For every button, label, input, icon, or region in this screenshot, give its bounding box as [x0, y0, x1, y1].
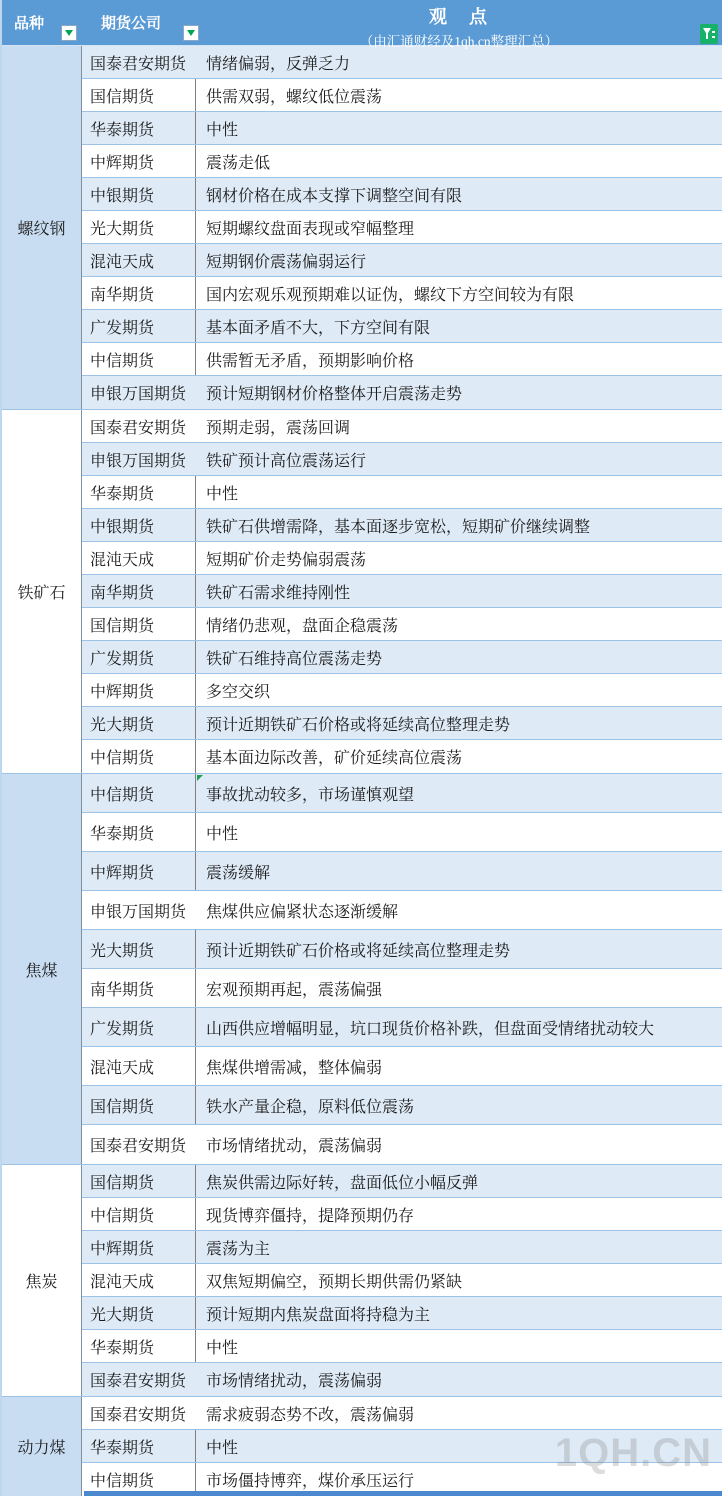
company-cell: 混沌天成: [82, 1264, 196, 1296]
view-cell: 预计短期内焦炭盘面将持稳为主: [196, 1297, 722, 1329]
table-row: 国泰君安期货 情绪偏弱，反弹乏力: [82, 46, 722, 79]
group-rows: 国泰君安期货 预期走弱，震荡回调 申银万国期货 铁矿预计高位震荡运行 华泰期货 …: [82, 410, 722, 773]
filter-funnel-icon[interactable]: [700, 24, 718, 44]
company-label: 国泰君安期货: [90, 415, 186, 438]
table-row: 混沌天成 焦煤供增需减，整体偏弱: [82, 1047, 722, 1086]
company-label: 南华期货: [90, 580, 154, 603]
company-label: 华泰期货: [90, 117, 154, 140]
company-label: 申银万国期货: [90, 448, 186, 471]
view-column-header: 观 点 （由汇通财经及1qh.cn整理汇总）: [196, 0, 722, 50]
view-label: 预计短期钢材价格整体开启震荡走势: [206, 381, 462, 404]
view-label: 中性: [206, 1335, 238, 1358]
company-label: 南华期货: [90, 282, 154, 305]
company-cell: 国信期货: [82, 608, 196, 640]
view-cell: 基本面边际改善，矿价延续高位震荡: [196, 740, 722, 773]
view-cell: 铁水产量企稳，原料低位震荡: [196, 1086, 722, 1124]
company-label: 光大期货: [90, 1302, 154, 1325]
variety-group: 铁矿石 国泰君安期货 预期走弱，震荡回调 申银万国期货 铁矿预计高位震荡运行 华…: [2, 410, 722, 774]
view-label: 铁矿石需求维持刚性: [206, 580, 350, 603]
view-cell: 震荡走低: [196, 145, 722, 177]
view-label: 预计近期铁矿石价格或将延续高位整理走势: [206, 712, 510, 735]
view-cell: 需求疲弱态势不改，震荡偏弱: [196, 1397, 722, 1429]
view-label: 预期走弱，震荡回调: [206, 415, 350, 438]
company-cell: 国泰君安期货: [82, 1397, 196, 1429]
company-label: 中信期货: [90, 348, 154, 371]
view-label: 供需暂无矛盾，预期影响价格: [206, 348, 414, 371]
view-cell: 山西供应增幅明显，坑口现货价格补跌，但盘面受情绪扰动较大: [196, 1008, 722, 1046]
company-label: 中辉期货: [90, 679, 154, 702]
view-label: 预计短期内焦炭盘面将持稳为主: [206, 1302, 430, 1325]
dropdown-triangle-icon: [187, 30, 195, 36]
company-label: 中信期货: [90, 745, 154, 768]
view-cell: 市场情绪扰动，震荡偏弱: [196, 1363, 722, 1396]
company-label: 国信期货: [90, 613, 154, 636]
view-cell: 短期矿价走势偏弱震荡: [196, 542, 722, 574]
futures-opinion-table: 品种 期货公司 观 点 （由汇通财经及1qh.cn整理汇总） 螺纹钢 国泰君安期…: [0, 0, 722, 1496]
view-label: 震荡走低: [206, 150, 270, 173]
view-label: 铁矿石维持高位震荡走势: [206, 646, 382, 669]
table-row: 申银万国期货 焦煤供应偏紧状态逐渐缓解: [82, 891, 722, 930]
company-cell: 中信期货: [82, 343, 196, 375]
group-rows: 国泰君安期货 情绪偏弱，反弹乏力 国信期货 供需双弱，螺纹低位震荡 华泰期货 中…: [82, 46, 722, 409]
view-cell: 预期走弱，震荡回调: [196, 410, 722, 442]
table-row: 光大期货 预计短期内焦炭盘面将持稳为主: [82, 1297, 722, 1330]
table-row: 中银期货 铁矿石供增需降，基本面逐步宽松，短期矿价继续调整: [82, 509, 722, 542]
company-cell: 国泰君安期货: [82, 1125, 196, 1164]
view-label: 铁矿预计高位震荡运行: [206, 448, 366, 471]
variety-cell: 焦煤: [2, 774, 82, 1164]
view-label: 多空交织: [206, 679, 270, 702]
view-cell: 预计近期铁矿石价格或将延续高位整理走势: [196, 930, 722, 968]
company-cell: 光大期货: [82, 930, 196, 968]
table-row: 南华期货 宏观预期再起，震荡偏强: [82, 969, 722, 1008]
table-row: 中信期货 现货博弈僵持，提降预期仍存: [82, 1198, 722, 1231]
company-cell: 中辉期货: [82, 1231, 196, 1263]
company-cell: 申银万国期货: [82, 443, 196, 475]
table-row: 华泰期货 中性: [82, 813, 722, 852]
table-row: 国信期货 供需双弱，螺纹低位震荡: [82, 79, 722, 112]
company-cell: 混沌天成: [82, 1047, 196, 1085]
company-label: 中信期货: [90, 782, 154, 805]
view-cell: 中性: [196, 813, 722, 851]
company-label: 国泰君安期货: [90, 1133, 186, 1156]
view-label: 铁水产量企稳，原料低位震荡: [206, 1094, 414, 1117]
group-rows: 中信期货 事故扰动较多，市场谨慎观望 华泰期货 中性 中辉期货 震荡缓解 申银万…: [82, 774, 722, 1164]
table-row: 广发期货 基本面矛盾不大，下方空间有限: [82, 310, 722, 343]
view-cell: 宏观预期再起，震荡偏强: [196, 969, 722, 1007]
variety-group: 螺纹钢 国泰君安期货 情绪偏弱，反弹乏力 国信期货 供需双弱，螺纹低位震荡 华泰…: [2, 46, 722, 410]
group-rows: 国信期货 焦炭供需边际好转，盘面低位小幅反弹 中信期货 现货博弈僵持，提降预期仍…: [82, 1165, 722, 1396]
table-row: 中信期货 事故扰动较多，市场谨慎观望: [82, 774, 722, 813]
table-row: 国泰君安期货 市场情绪扰动，震荡偏弱: [82, 1363, 722, 1396]
view-label: 预计近期铁矿石价格或将延续高位整理走势: [206, 938, 510, 961]
view-label: 钢材价格在成本支撑下调整空间有限: [206, 183, 462, 206]
view-cell: 双焦短期偏空，预期长期供需仍紧缺: [196, 1264, 722, 1296]
company-cell: 国泰君安期货: [82, 46, 196, 78]
table-row: 申银万国期货 铁矿预计高位震荡运行: [82, 443, 722, 476]
view-cell: 预计近期铁矿石价格或将延续高位整理走势: [196, 707, 722, 739]
view-cell: 中性: [196, 112, 722, 144]
view-cell: 多空交织: [196, 674, 722, 706]
company-cell: 国信期货: [82, 1165, 196, 1197]
table-row: 广发期货 山西供应增幅明显，坑口现货价格补跌，但盘面受情绪扰动较大: [82, 1008, 722, 1047]
view-label: 基本面边际改善，矿价延续高位震荡: [206, 745, 462, 768]
view-label: 市场情绪扰动，震荡偏弱: [206, 1368, 382, 1391]
view-label: 基本面矛盾不大，下方空间有限: [206, 315, 430, 338]
company-label: 中辉期货: [90, 860, 154, 883]
table-row: 国信期货 焦炭供需边际好转，盘面低位小幅反弹: [82, 1165, 722, 1198]
view-label: 中性: [206, 1435, 238, 1458]
view-header-title: 观 点: [196, 3, 722, 29]
view-cell: 预计短期钢材价格整体开启震荡走势: [196, 376, 722, 409]
table-row: 光大期货 短期螺纹盘面表现或窄幅整理: [82, 211, 722, 244]
company-cell: 光大期货: [82, 707, 196, 739]
company-label: 光大期货: [90, 712, 154, 735]
table-row: 光大期货 预计近期铁矿石价格或将延续高位整理走势: [82, 930, 722, 969]
table-row: 中银期货 钢材价格在成本支撑下调整空间有限: [82, 178, 722, 211]
view-label: 短期矿价走势偏弱震荡: [206, 547, 366, 570]
company-label: 混沌天成: [90, 547, 154, 570]
company-label: 广发期货: [90, 1016, 154, 1039]
view-cell: 震荡缓解: [196, 852, 722, 890]
company-cell: 南华期货: [82, 575, 196, 607]
company-cell: 中辉期货: [82, 674, 196, 706]
view-label: 供需双弱，螺纹低位震荡: [206, 84, 382, 107]
view-cell: 铁矿石需求维持刚性: [196, 575, 722, 607]
company-label: 光大期货: [90, 216, 154, 239]
company-cell: 国泰君安期货: [82, 410, 196, 442]
table-row: 华泰期货 中性: [82, 476, 722, 509]
company-cell: 南华期货: [82, 969, 196, 1007]
company-label: 中辉期货: [90, 1236, 154, 1259]
view-cell: 焦煤供增需减，整体偏弱: [196, 1047, 722, 1085]
table-row: 中辉期货 震荡走低: [82, 145, 722, 178]
view-cell: 中性: [196, 476, 722, 508]
view-label: 国内宏观乐观预期难以证伪，螺纹下方空间较为有限: [206, 282, 574, 305]
view-cell: 短期螺纹盘面表现或窄幅整理: [196, 211, 722, 243]
view-label: 情绪仍悲观，盘面企稳震荡: [206, 613, 398, 636]
company-cell: 中信期货: [82, 740, 196, 773]
company-column-header: 期货公司: [101, 12, 161, 33]
table-row: 华泰期货 中性: [82, 112, 722, 145]
view-cell: 现货博弈僵持，提降预期仍存: [196, 1198, 722, 1230]
funnel-glyph: [702, 27, 716, 41]
table-body: 螺纹钢 国泰君安期货 情绪偏弱，反弹乏力 国信期货 供需双弱，螺纹低位震荡 华泰…: [2, 46, 722, 1496]
variety-label: 螺纹钢: [17, 216, 65, 239]
variety-cell: 动力煤: [2, 1397, 82, 1496]
company-label: 申银万国期货: [90, 381, 186, 404]
company-label: 中银期货: [90, 514, 154, 537]
company-cell: 国泰君安期货: [82, 1363, 196, 1396]
variety-label: 动力煤: [17, 1435, 65, 1458]
view-cell: 供需双弱，螺纹低位震荡: [196, 79, 722, 111]
table-row: 混沌天成 短期矿价走势偏弱震荡: [82, 542, 722, 575]
table-row: 国泰君安期货 预期走弱，震荡回调: [82, 410, 722, 443]
view-cell: 铁矿预计高位震荡运行: [196, 443, 722, 475]
company-cell: 国信期货: [82, 1086, 196, 1124]
company-cell: 华泰期货: [82, 813, 196, 851]
company-cell: 广发期货: [82, 310, 196, 342]
company-cell: 华泰期货: [82, 476, 196, 508]
table-row: 南华期货 国内宏观乐观预期难以证伪，螺纹下方空间较为有限: [82, 277, 722, 310]
company-label: 混沌天成: [90, 1269, 154, 1292]
company-cell: 混沌天成: [82, 244, 196, 276]
dropdown-triangle-icon: [65, 30, 73, 36]
view-label: 中性: [206, 117, 238, 140]
view-label: 宏观预期再起，震荡偏强: [206, 977, 382, 1000]
company-label: 广发期货: [90, 646, 154, 669]
table-row: 国信期货 情绪仍悲观，盘面企稳震荡: [82, 608, 722, 641]
view-cell: 短期钢价震荡偏弱运行: [196, 244, 722, 276]
table-row: 南华期货 铁矿石需求维持刚性: [82, 575, 722, 608]
view-cell: 情绪偏弱，反弹乏力: [196, 46, 722, 78]
view-cell: 焦煤供应偏紧状态逐渐缓解: [196, 891, 722, 929]
company-label: 华泰期货: [90, 481, 154, 504]
variety-label: 焦煤: [25, 958, 57, 981]
view-label: 中性: [206, 821, 238, 844]
company-cell: 中银期货: [82, 509, 196, 541]
table-row: 申银万国期货 预计短期钢材价格整体开启震荡走势: [82, 376, 722, 409]
view-cell: 铁矿石维持高位震荡走势: [196, 641, 722, 673]
company-label: 华泰期货: [90, 1335, 154, 1358]
table-row: 华泰期货 中性: [82, 1330, 722, 1363]
variety-cell: 螺纹钢: [2, 46, 82, 409]
view-cell: 国内宏观乐观预期难以证伪，螺纹下方空间较为有限: [196, 277, 722, 309]
company-cell: 中辉期货: [82, 852, 196, 890]
variety-filter-dropdown-icon[interactable]: [61, 25, 77, 41]
view-label: 短期螺纹盘面表现或窄幅整理: [206, 216, 414, 239]
company-cell: 华泰期货: [82, 112, 196, 144]
company-label: 国泰君安期货: [90, 1368, 186, 1391]
table-row: 中信期货 供需暂无矛盾，预期影响价格: [82, 343, 722, 376]
company-label: 中信期货: [90, 1468, 154, 1491]
company-cell: 中信期货: [82, 1198, 196, 1230]
company-cell: 混沌天成: [82, 542, 196, 574]
company-cell: 国信期货: [82, 79, 196, 111]
table-row: 中辉期货 多空交织: [82, 674, 722, 707]
variety-cell: 焦炭: [2, 1165, 82, 1396]
company-label: 国泰君安期货: [90, 51, 186, 74]
company-label: 华泰期货: [90, 821, 154, 844]
company-cell: 中银期货: [82, 178, 196, 210]
bottom-edge-bar: [84, 1491, 722, 1496]
variety-label: 焦炭: [25, 1269, 57, 1292]
view-label: 市场情绪扰动，震荡偏弱: [206, 1133, 382, 1156]
variety-column-header: 品种: [14, 12, 44, 33]
view-label: 焦煤供增需减，整体偏弱: [206, 1055, 382, 1078]
company-cell: 光大期货: [82, 211, 196, 243]
view-label: 现货博弈僵持，提降预期仍存: [206, 1203, 414, 1226]
variety-group: 动力煤 国泰君安期货 需求疲弱态势不改，震荡偏弱 华泰期货 中性 中信期货 市场…: [2, 1397, 722, 1496]
view-cell: 市场情绪扰动，震荡偏弱: [196, 1125, 722, 1164]
company-cell: 光大期货: [82, 1297, 196, 1329]
view-cell: 事故扰动较多，市场谨慎观望: [196, 774, 722, 812]
variety-cell: 铁矿石: [2, 410, 82, 773]
view-cell: 中性: [196, 1330, 722, 1362]
company-label: 中银期货: [90, 183, 154, 206]
view-cell: 情绪仍悲观，盘面企稳震荡: [196, 608, 722, 640]
view-cell: 供需暂无矛盾，预期影响价格: [196, 343, 722, 375]
table-row: 华泰期货 中性: [82, 1430, 722, 1463]
view-cell: 焦炭供需边际好转，盘面低位小幅反弹: [196, 1165, 722, 1197]
company-cell: 中信期货: [82, 774, 196, 812]
company-cell: 广发期货: [82, 1008, 196, 1046]
company-label: 混沌天成: [90, 1055, 154, 1078]
variety-group: 焦煤 中信期货 事故扰动较多，市场谨慎观望 华泰期货 中性 中辉期货 震荡缓解 …: [2, 774, 722, 1165]
table-row: 中辉期货 震荡缓解: [82, 852, 722, 891]
table-row: 中信期货 基本面边际改善，矿价延续高位震荡: [82, 740, 722, 773]
view-label: 中性: [206, 481, 238, 504]
view-label: 山西供应增幅明显，坑口现货价格补跌，但盘面受情绪扰动较大: [206, 1016, 654, 1039]
table-header: 品种 期货公司 观 点 （由汇通财经及1qh.cn整理汇总）: [2, 0, 722, 46]
view-cell: 中性: [196, 1430, 722, 1462]
table-row: 混沌天成 双焦短期偏空，预期长期供需仍紧缺: [82, 1264, 722, 1297]
company-label: 国信期货: [90, 84, 154, 107]
view-label: 震荡为主: [206, 1236, 270, 1259]
view-label: 焦煤供应偏紧状态逐渐缓解: [206, 899, 398, 922]
company-label: 中辉期货: [90, 150, 154, 173]
company-label: 国信期货: [90, 1170, 154, 1193]
view-label: 震荡缓解: [206, 860, 270, 883]
view-label: 情绪偏弱，反弹乏力: [206, 51, 350, 74]
company-label: 混沌天成: [90, 249, 154, 272]
view-cell: 钢材价格在成本支撑下调整空间有限: [196, 178, 722, 210]
table-row: 国泰君安期货 市场情绪扰动，震荡偏弱: [82, 1125, 722, 1164]
company-label: 申银万国期货: [90, 899, 186, 922]
table-row: 国信期货 铁水产量企稳，原料低位震荡: [82, 1086, 722, 1125]
variety-label: 铁矿石: [17, 580, 65, 603]
table-row: 国泰君安期货 需求疲弱态势不改，震荡偏弱: [82, 1397, 722, 1430]
company-label: 华泰期货: [90, 1435, 154, 1458]
view-label: 事故扰动较多，市场谨慎观望: [206, 782, 414, 805]
group-rows: 国泰君安期货 需求疲弱态势不改，震荡偏弱 华泰期货 中性 中信期货 市场僵持博弈…: [82, 1397, 722, 1496]
view-label: 市场僵持博弈，煤价承压运行: [206, 1468, 414, 1491]
variety-group: 焦炭 国信期货 焦炭供需边际好转，盘面低位小幅反弹 中信期货 现货博弈僵持，提降…: [2, 1165, 722, 1397]
company-label: 中信期货: [90, 1203, 154, 1226]
company-label: 国信期货: [90, 1094, 154, 1117]
table-row: 混沌天成 短期钢价震荡偏弱运行: [82, 244, 722, 277]
view-cell: 基本面矛盾不大，下方空间有限: [196, 310, 722, 342]
view-label: 铁矿石供增需降，基本面逐步宽松，短期矿价继续调整: [206, 514, 590, 537]
company-cell: 华泰期货: [82, 1330, 196, 1362]
company-cell: 申银万国期货: [82, 891, 196, 929]
table-row: 广发期货 铁矿石维持高位震荡走势: [82, 641, 722, 674]
view-label: 焦炭供需边际好转，盘面低位小幅反弹: [206, 1170, 478, 1193]
company-label: 南华期货: [90, 977, 154, 1000]
company-cell: 华泰期货: [82, 1430, 196, 1462]
company-label: 光大期货: [90, 938, 154, 961]
company-label: 国泰君安期货: [90, 1402, 186, 1425]
view-label: 双焦短期偏空，预期长期供需仍紧缺: [206, 1269, 462, 1292]
table-row: 中辉期货 震荡为主: [82, 1231, 722, 1264]
company-cell: 申银万国期货: [82, 376, 196, 409]
view-cell: 震荡为主: [196, 1231, 722, 1263]
view-label: 短期钢价震荡偏弱运行: [206, 249, 366, 272]
table-row: 光大期货 预计近期铁矿石价格或将延续高位整理走势: [82, 707, 722, 740]
view-label: 需求疲弱态势不改，震荡偏弱: [206, 1402, 414, 1425]
view-cell: 铁矿石供增需降，基本面逐步宽松，短期矿价继续调整: [196, 509, 722, 541]
company-cell: 南华期货: [82, 277, 196, 309]
company-cell: 中辉期货: [82, 145, 196, 177]
company-label: 广发期货: [90, 315, 154, 338]
company-cell: 广发期货: [82, 641, 196, 673]
